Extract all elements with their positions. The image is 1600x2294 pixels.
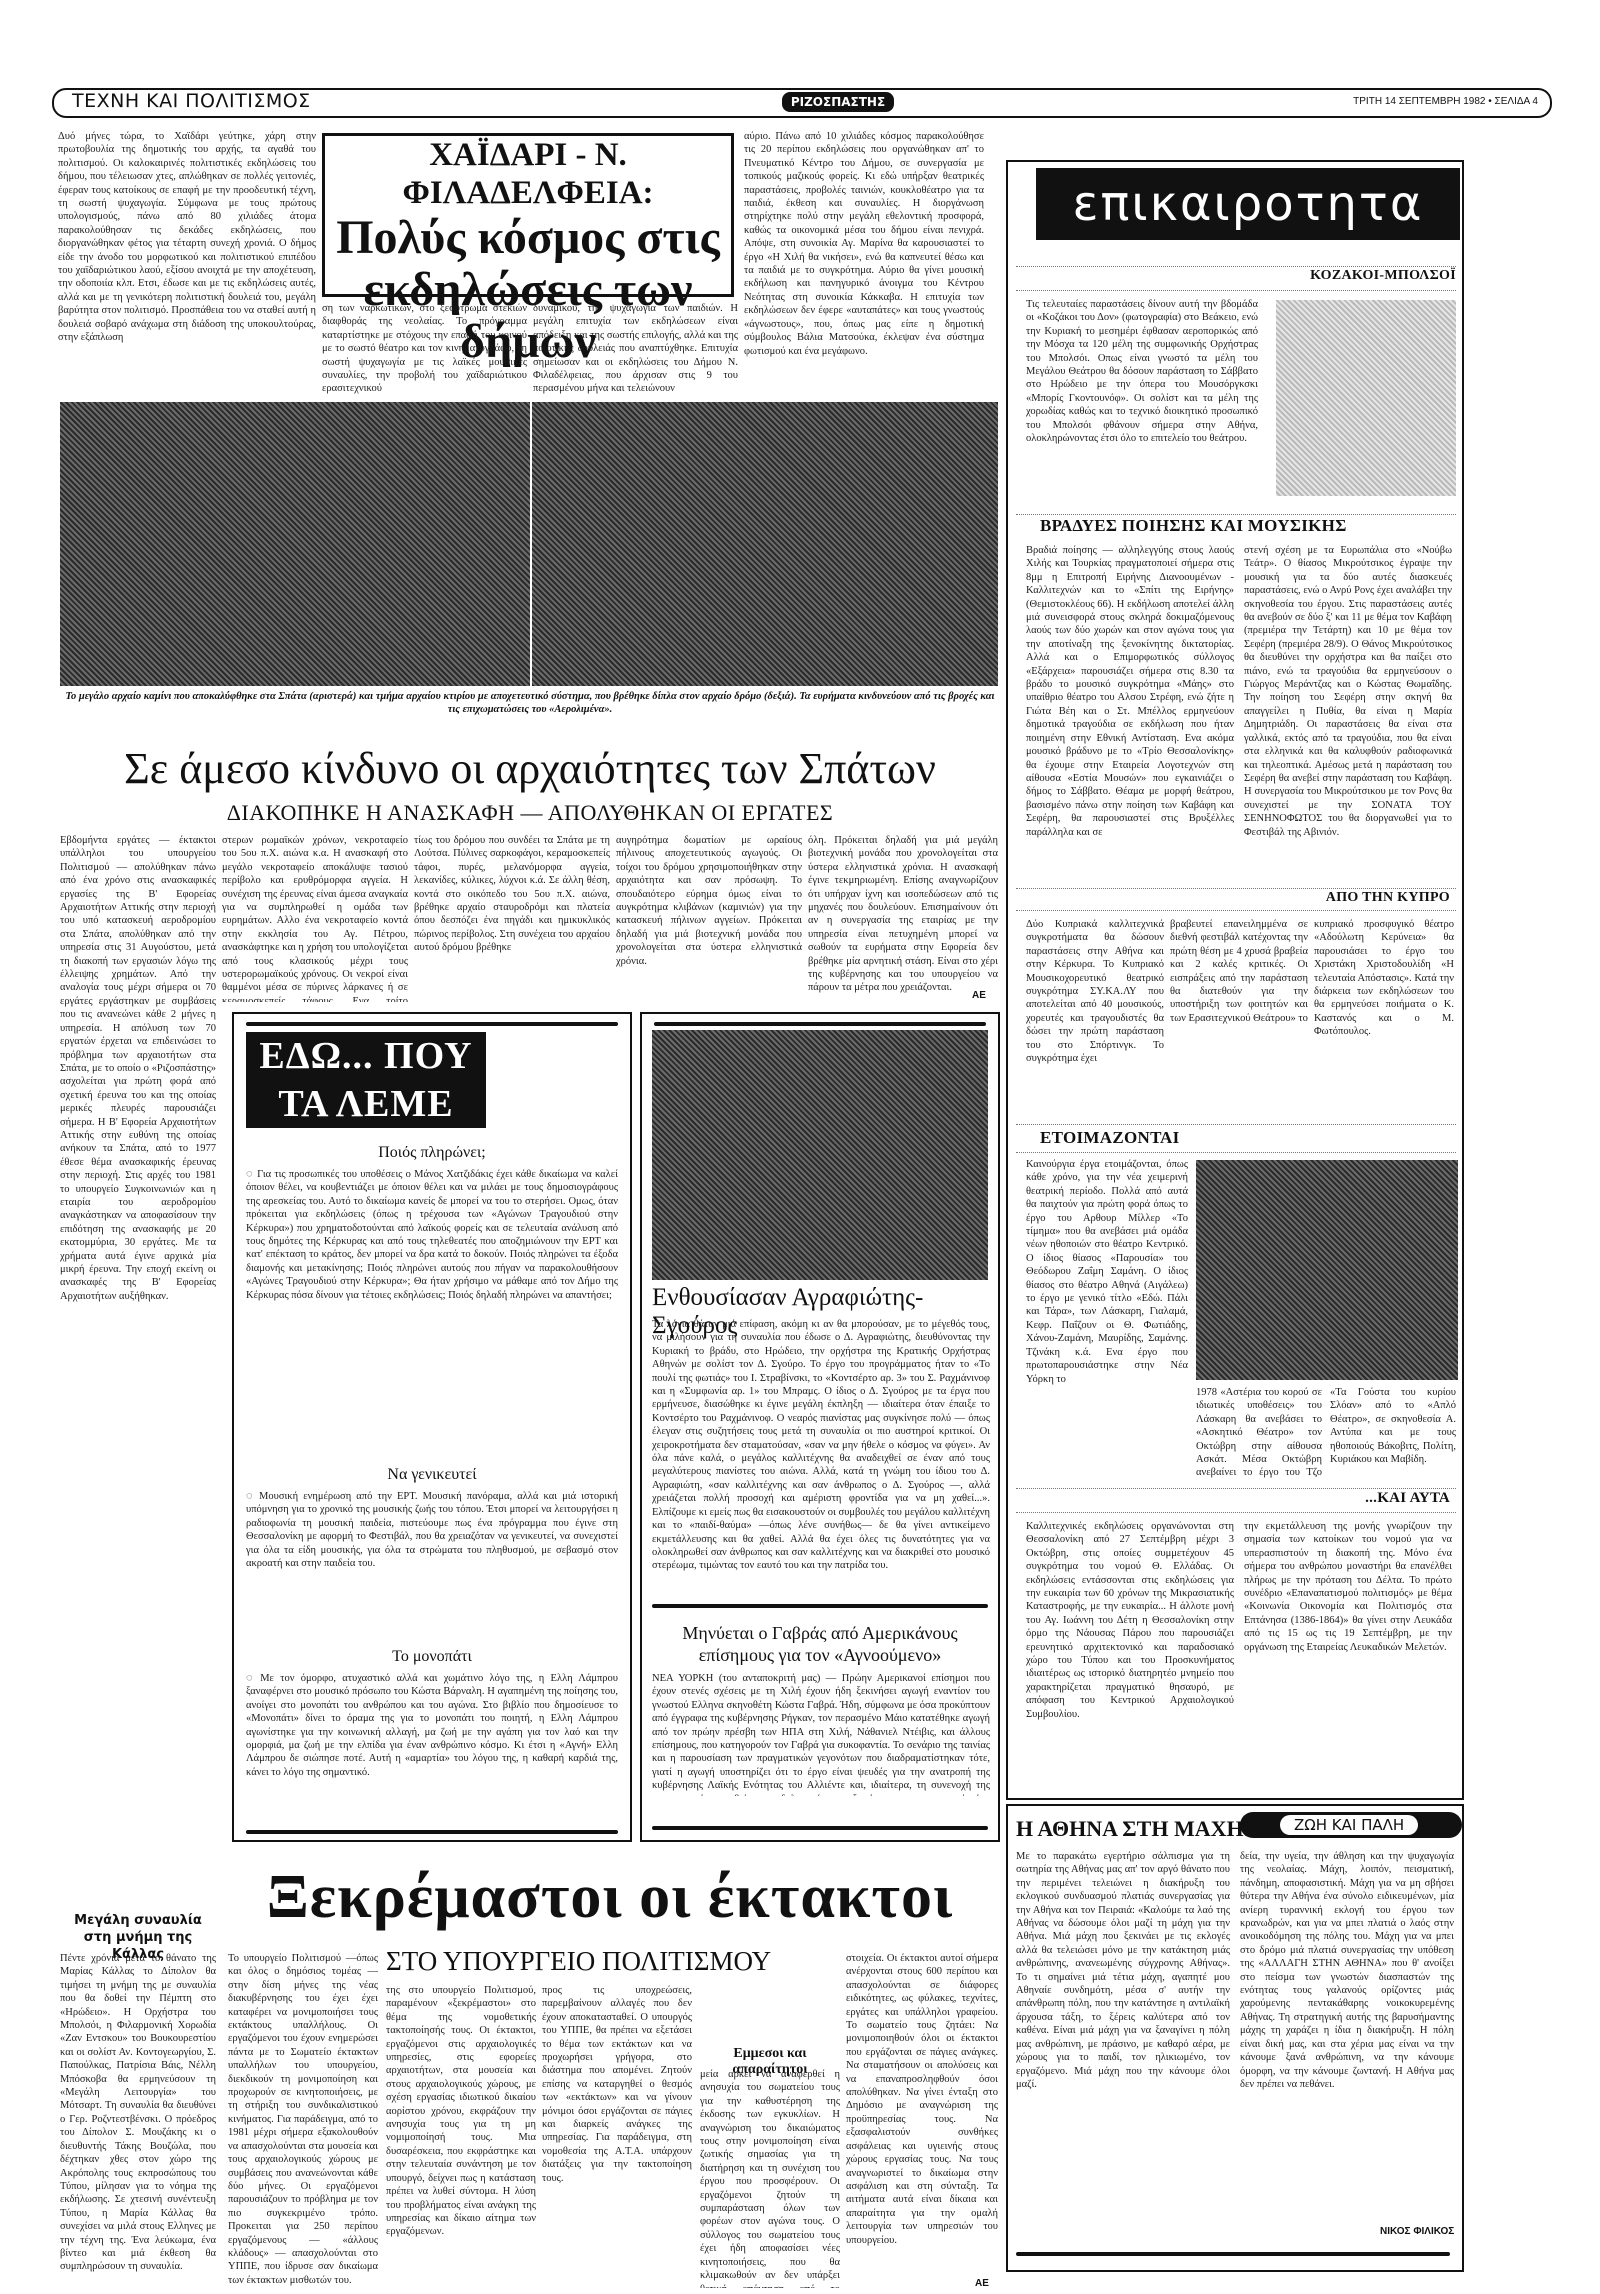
divider-rule [652, 1604, 988, 1608]
chaidari-headline-line1: Πολύς κόσμος στις [325, 212, 731, 264]
bullet-icon: ◌ [246, 1168, 253, 1180]
spata-signature: ΑΕ [972, 990, 986, 1001]
edo-item-body: ◌Για τις προσωπικές του υποθέσεις ο Μάνο… [246, 1168, 618, 1458]
dotted-rule [1016, 1512, 1456, 1513]
kozakoi-title: ΚΟΖΑΚΟΙ-ΜΠΟΛΣΟΪ [1280, 268, 1456, 284]
athina-col2: δεία, την υγεία, την άθληση και την ψυχα… [1240, 1850, 1454, 2220]
chaidari-col1: Δυό μήνες τώρα, το Χαϊδάρι γεύτηκε, χάρη… [58, 130, 316, 398]
chaidari-headline-box: ΧΑΪΔΑΡΙ - Ν. ΦΙΛΑΔΕΛΦΕΙΑ: Πολύς κόσμος σ… [322, 133, 734, 297]
etoimazontai-title: ΕΤΟΙΜΑΖΟΝΤΑΙ [1040, 1128, 1180, 1148]
xekremastoi-signature: ΑΕ [975, 2278, 989, 2289]
dotted-rule [1016, 910, 1456, 911]
xekremastoi-col3: προς τις υποχρεώσεις, παρεμβαίνουν αλλαγ… [542, 1984, 692, 2288]
edo-top-rule [246, 1022, 618, 1026]
athina-signature: ΝΙΚΟΣ ΦΙΛΙΚΟΣ [1380, 2226, 1454, 2237]
xekremastoi-col2: της στο υπουργείο Πολιτισμού, παραμένουν… [386, 1984, 536, 2288]
spata-col2: στερων ρωμαϊκών χρόνων, νεκροταφείο του … [222, 834, 408, 1002]
spata-subheadline: ΔΙΑΚΟΠΗΚΕ Η ΑΝΑΣΚΑΦΗ — ΑΠΟΛΥΘΗΚΑΝ ΟΙ ΕΡΓ… [60, 800, 1000, 826]
gavras-headline-line2: επίσημους για τον «Αγνοούμενο» [652, 1644, 988, 1666]
actors-photo [1196, 1160, 1458, 1380]
ancient-building-photo [532, 402, 998, 686]
kypros-col2: βραβευτεί επανειλημμένα σε διεθνή φεστιβ… [1170, 918, 1308, 1098]
edo-item-body: ◌Μουσική ενημέρωση από την ΕΡΤ. Μουσική … [246, 1490, 618, 1640]
spata-col5: όλη. Πρόκειται δηλαδή για μιά μεγάλη βιο… [808, 834, 998, 994]
spata-col1: Εβδομήντα εργάτες — έκτακτοι υπάλληλοι τ… [60, 834, 216, 1896]
xekremastoi-subheadline: ΣΤΟ ΥΠΟΥΡΓΕΙΟ ΠΟΛΙΤΙΣΜΟΥ [386, 1946, 786, 1977]
edo-item-title: Να γενικευτεί [234, 1466, 630, 1484]
edo-banner: ΕΔΩ... ΠΟΥ ΤΑ ΛΕΜΕ [246, 1032, 486, 1128]
xekremastoi-col5: στοιχεία. Οι έκτακτοι αυτοί σήμερα ανέρχ… [846, 1952, 998, 2280]
box-top-rule [654, 1022, 986, 1026]
section-title: ΤΕΧΝΗ ΚΑΙ ΠΟΛΙΤΙΣΜΟΣ [72, 90, 311, 112]
chaidari-col3: δυναμικού, την ψυχαγωγία των παιδιών. Η … [533, 302, 738, 400]
edo-box: ΕΔΩ... ΠΟΥ ΤΑ ΛΕΜΕ Ποιός πληρώνει; ◌Για … [232, 1012, 632, 1842]
kallas-body: Πέντε χρόνια μετά το θάνατο της Μαρίας Κ… [60, 1952, 216, 2288]
column-tag-pill: ΖΩΗ ΚΑΙ ΠΑΛΗ [1240, 1812, 1462, 1838]
vradyes-col2: στενή σχέση με τα Ευρωπάλια στο «Νούβω Τ… [1244, 544, 1452, 880]
agrafiotis-sgouros-photo [652, 1030, 988, 1280]
gavras-headline: Μηνύεται ο Γαβράς από Αμερικάνους επίσημ… [652, 1622, 988, 1666]
newspaper-logo: ΡΙΖΟΣΠΑΣΤΗΣ [782, 92, 894, 112]
spata-col3: τίως του δρόμου που συνδέει τα Σπάτα με … [414, 834, 610, 1002]
kiln-photo [60, 402, 530, 686]
chaidari-col4: αύριο. Πάνω από 10 χιλιάδες κόσμος παρακ… [744, 130, 984, 398]
edo-item-text: Για τις προσωπικές του υποθέσεις ο Μάνος… [246, 1169, 618, 1301]
kai-ayta-col1: Καλλιτεχνικές εκδηλώσεις οργανώνονται στ… [1026, 1520, 1234, 1790]
dotted-rule [1016, 514, 1456, 515]
kai-ayta-title: ...ΚΑΙ ΑΥΤΑ [1330, 1490, 1450, 1507]
kypros-col1: Δύο Κυπριακά καλλιτεχνικά συγκροτήματα θ… [1026, 918, 1164, 1098]
xekremastoi-headline: Ξεκρέμαστοι οι έκτακτοι [222, 1862, 998, 1933]
dotted-rule [1016, 888, 1456, 889]
xekremastoi-col1: Το υπουργείο Πολιτισμού —όπως και όλος ο… [228, 1952, 378, 2288]
etoimazontai-caption-right: «Τα Γούστα του κυρίου Σλόαν» από το «Απλ… [1330, 1386, 1456, 1482]
dotted-rule [1016, 1488, 1456, 1489]
spata-headline: Σε άμεσο κίνδυνο οι αρχαιότητες των Σπάτ… [60, 743, 1000, 794]
vradyes-col1: Βραδιά ποίησης — αλληλεγγύης στους λαούς… [1026, 544, 1234, 880]
dotted-rule [1016, 1124, 1456, 1125]
chaidari-kicker: ΧΑΪΔΑΡΙ - Ν. ΦΙΛΑΔΕΛΦΕΙΑ: [325, 136, 731, 212]
etoimazontai-col1: Καινούργια έργα ετοιμάζονται, όπως κάθε … [1026, 1158, 1188, 1470]
bullet-icon: ◌ [246, 1672, 256, 1684]
edo-item-title: Ποιός πληρώνει; [234, 1144, 630, 1162]
epikairotita-banner: επικαιροτητα [1036, 168, 1460, 240]
edo-bottom-rule [246, 1830, 618, 1834]
cossacks-photo [1276, 300, 1456, 496]
athina-bottom-rule [1016, 2252, 1450, 2256]
issue-date-page: ΤΡΙΤΗ 14 ΣΕΠΤΕΜΒΡΗ 1982 • ΣΕΛΙΔΑ 4 [1353, 96, 1538, 107]
edo-item-title: Το μονοπάτι [234, 1648, 630, 1666]
kypros-title: ΑΠΟ ΤΗΝ ΚΥΠΡΟ [1250, 890, 1450, 906]
edo-item-body: ◌Με τον όμορφο, ατυχαστικό αλλά και χωμά… [246, 1672, 618, 1868]
dotted-rule [1016, 290, 1456, 291]
gavras-body: ΝΕΑ ΥΟΡΚΗ (του ανταποκριτή μας) — Πρώην … [652, 1672, 990, 1796]
box-bottom-rule [652, 1826, 988, 1830]
bullet-icon: ◌ [246, 1490, 255, 1502]
edo-item-text: Μουσική ενημέρωση από την ΕΡΤ. Μουσική π… [246, 1491, 618, 1569]
kozakoi-body: Τις τελευταίες παραστάσεις δίνουν αυτή τ… [1026, 298, 1258, 488]
etoimazontai-caption-left: 1978 «Αστέρια του κορού σε ιδιωτικές υπο… [1196, 1386, 1322, 1482]
kypros-col3: κυπριακό προσφυγικό θέατρο «Αδούλωτη Κερ… [1314, 918, 1454, 1098]
spata-col4: αυγηρότημα δωματίων με ωραίους πήλινους … [616, 834, 802, 1002]
athina-title: Η ΑΘΗΝΑ ΣΤΗ ΜΑΧΗ... [1016, 1816, 1260, 1842]
column-tag: ΖΩΗ ΚΑΙ ΠΑΛΗ [1280, 1815, 1418, 1835]
xekremastoi-col4: μεία αρκεί να αναφερθεί η ανησυχία του σ… [700, 2068, 840, 2288]
vradyes-title: ΒΡΑΔΥΕΣ ΠΟΙΗΣΗΣ ΚΑΙ ΜΟΥΣΙΚΗΣ [1040, 516, 1440, 536]
agrafiotis-body: Τα λόγια θάταν μιά επίφαση, ακόμη κι αν … [652, 1318, 990, 1596]
kai-ayta-col2: την εκμετάλλευση της μονής γνωρίζουν την… [1244, 1520, 1452, 1790]
edo-item-text: Με τον όμορφο, ατυχαστικό αλλά και χωμάτ… [246, 1673, 618, 1778]
athina-col1: Με το παρακάτω εγερτήριο σάλπισμα για τη… [1016, 1850, 1230, 2220]
chaidari-col2: ση των ναρκωτικών, στο ξεσύτρωμα στεκιών… [322, 302, 527, 400]
spata-photo-caption: Το μεγάλο αρχαίο καμίνι που αποκαλύφθηκε… [60, 690, 1000, 716]
dotted-rule [1016, 1152, 1456, 1153]
gavras-headline-line1: Μηνύεται ο Γαβράς από Αμερικάνους [652, 1622, 988, 1644]
kallas-title-line1: Μεγάλη συναυλία [60, 1912, 216, 1929]
dotted-rule [1016, 266, 1456, 267]
